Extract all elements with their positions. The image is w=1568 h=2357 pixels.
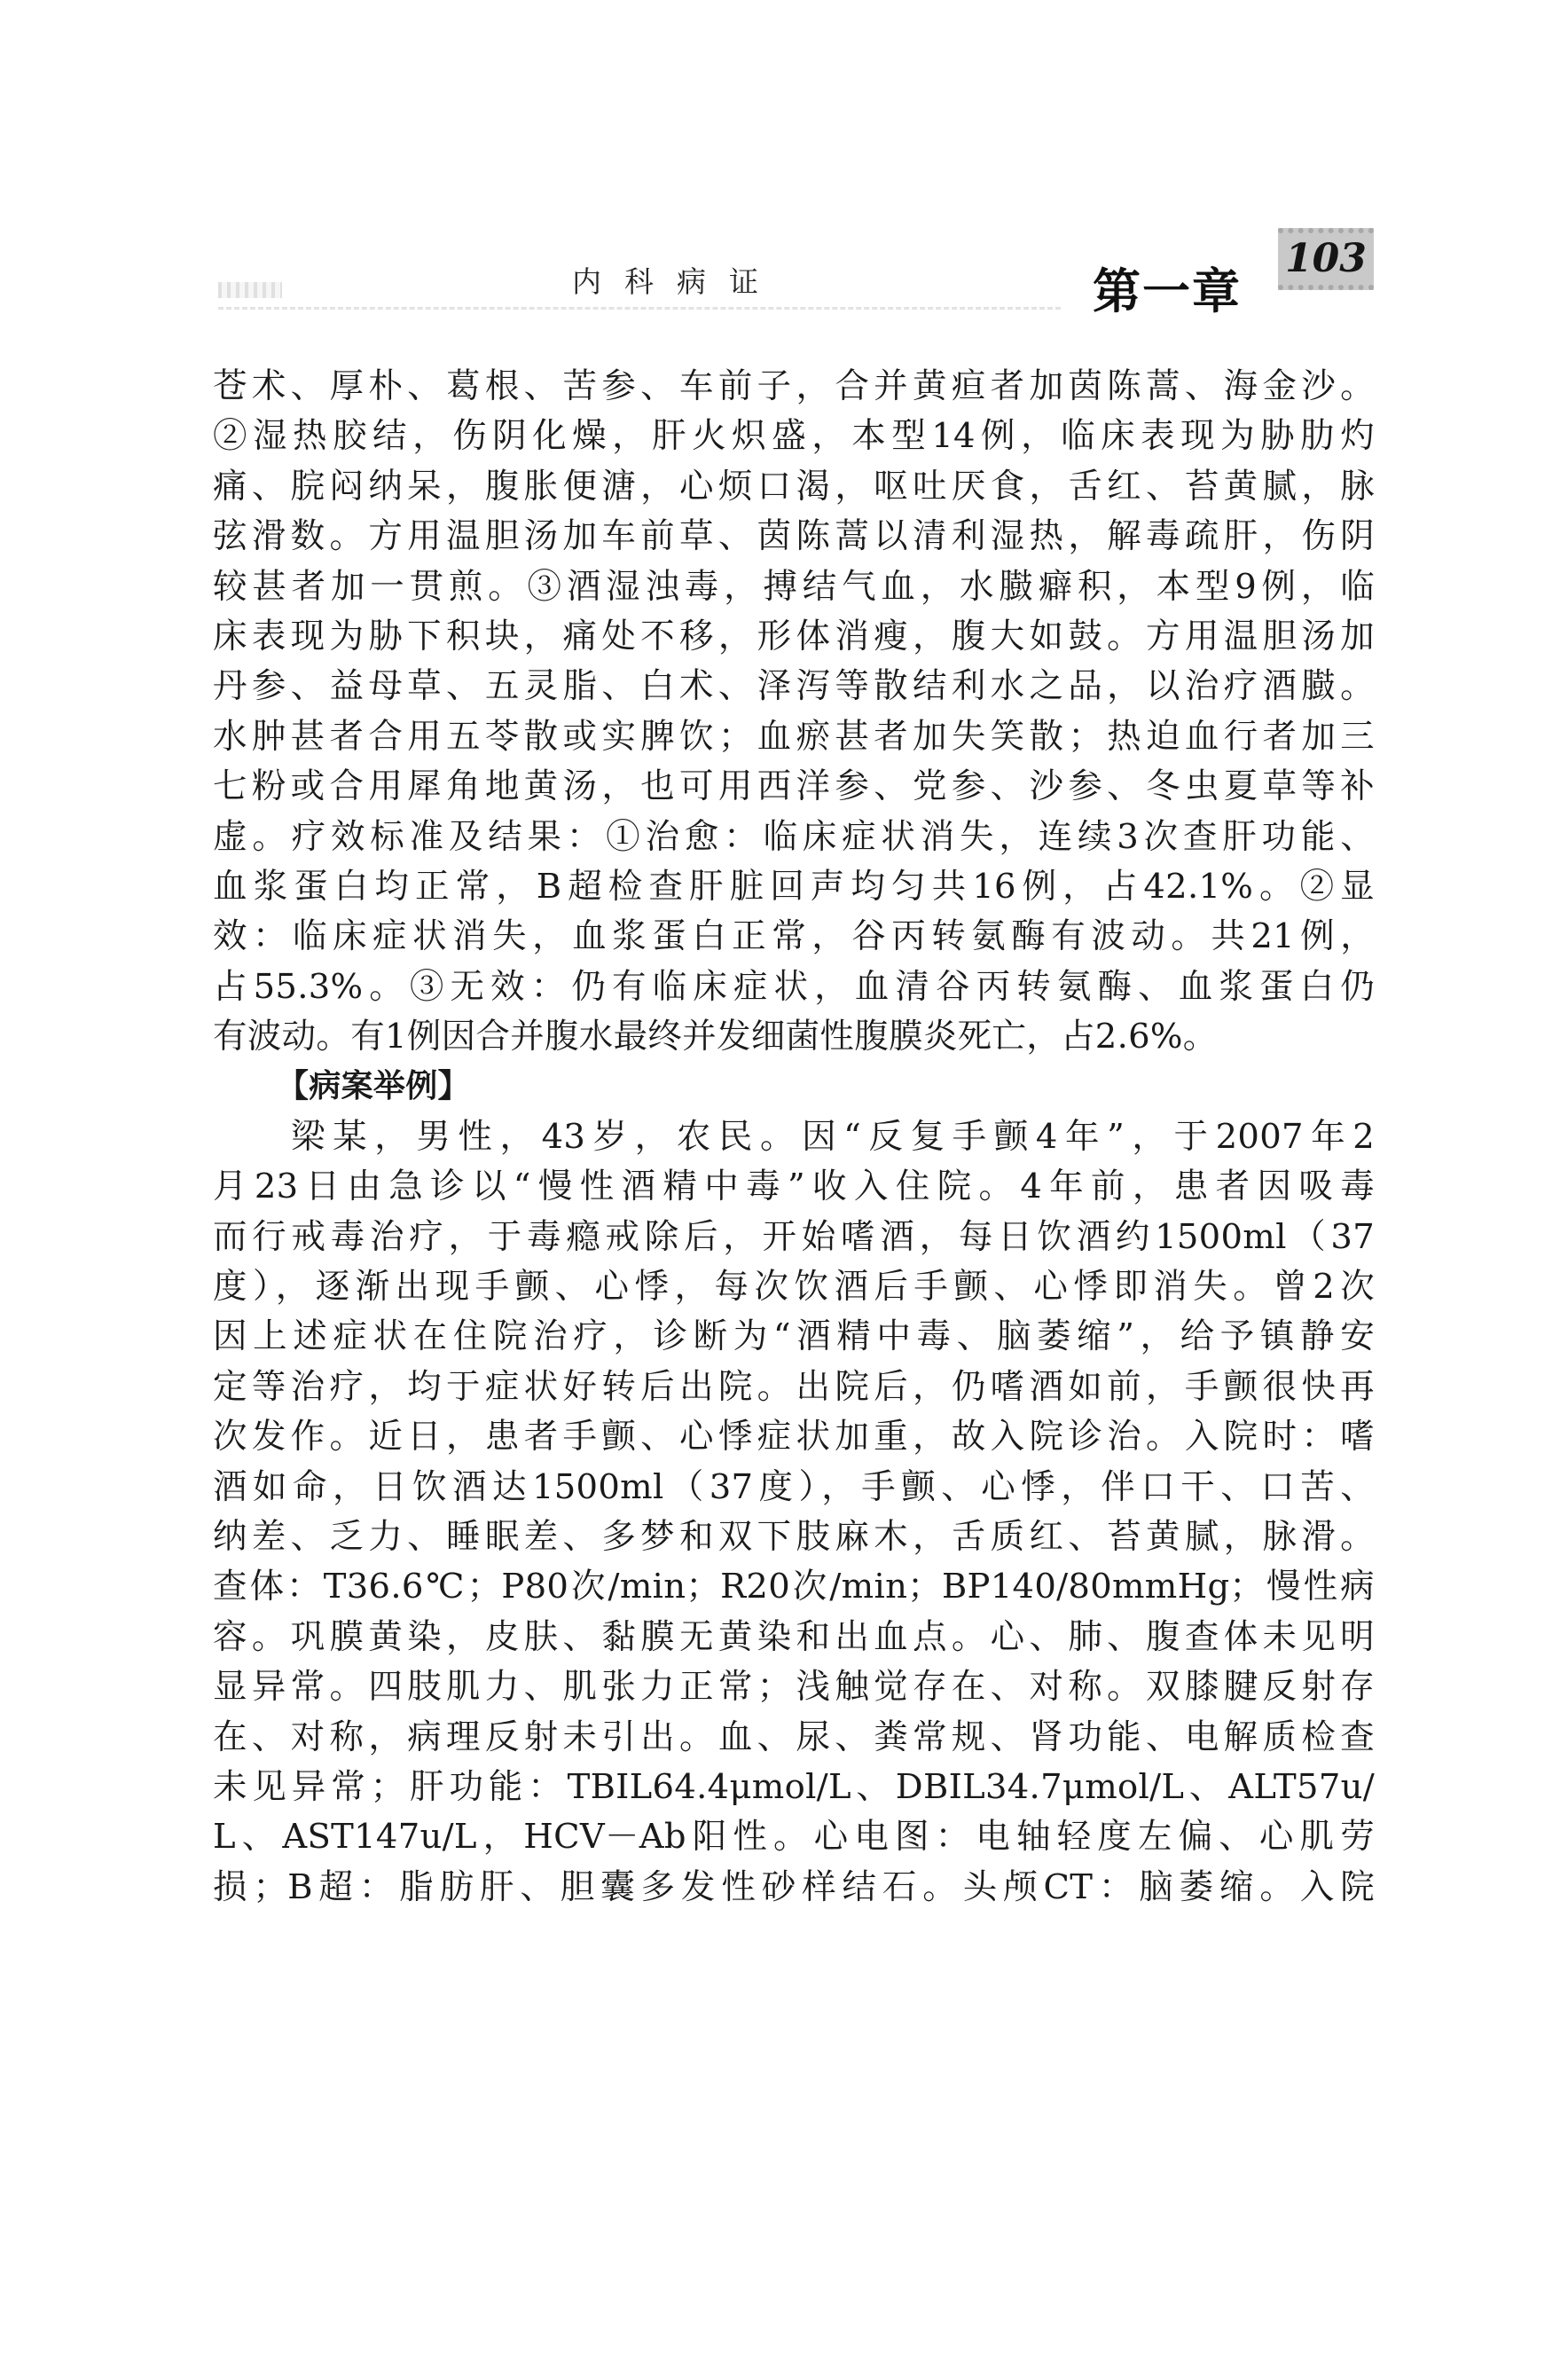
header-rule xyxy=(218,307,1061,310)
text-line: 占55.3%。③无效：仍有临床症状，血清谷丙转氨酶、血浆蛋白仍 xyxy=(213,962,1375,1012)
text-line: 酒如命，日饮酒达1500ml（37度），手颤、心悸，伴口干、口苦、 xyxy=(213,1463,1375,1512)
text-line: 定等治疗，均于症状好转后出院。出院后，仍嗜酒如前，手颤很快再 xyxy=(213,1363,1375,1412)
text-line: 效：临床症状消失，血浆蛋白正常，谷丙转氨酶有波动。共21例， xyxy=(213,912,1375,962)
text-line: 虚。疗效标准及结果：①治愈：临床症状消失，连续3次查肝功能、 xyxy=(213,813,1375,862)
text-line: 月23日由急诊以“慢性酒精中毒”收入住院。4年前，患者因吸毒 xyxy=(213,1162,1375,1212)
text-line: 因上述症状在住院治疗，诊断为“酒精中毒、脑萎缩”，给予镇静安 xyxy=(213,1312,1375,1362)
text-line: 有波动。有1例因合并腹水最终并发细菌性腹膜炎死亡，占2.6%。 xyxy=(213,1012,1375,1062)
text-line: 丹参、益母草、五灵脂、白术、泽泻等散结利水之品，以治疗酒臌。 xyxy=(213,662,1375,711)
text-line: 未见异常；肝功能：TBIL64.4μmol/L、DBIL34.7μmol/L、A… xyxy=(213,1763,1375,1812)
text-line: 次发作。近日，患者手颤、心悸症状加重，故入院诊治。入院时：嗜 xyxy=(213,1412,1375,1462)
section-heading-case-example: 【病案举例】 xyxy=(213,1062,1375,1112)
page-header: 内科病证 第一章 103 xyxy=(0,0,1568,328)
paragraph-case-report: 梁某，男性，43岁，农民。因“反复手颤4年”，于2007年2 月23日由急诊以“… xyxy=(213,1112,1375,1913)
text-line: 查体：T36.6℃；P80次/min；R20次/min；BP140/80mmHg… xyxy=(213,1562,1375,1612)
text-line: ②湿热胶结，伤阴化燥，肝火炽盛，本型14例，临床表现为胁肋灼 xyxy=(213,412,1375,461)
text-line: 度），逐渐出现手颤、心悸，每次饮酒后手颤、心悸即消失。曾2次 xyxy=(213,1262,1375,1312)
running-title: 内科病证 xyxy=(572,259,781,301)
header-decoration xyxy=(218,282,282,298)
text-line: 显异常。四肢肌力、肌张力正常；浅触觉存在、对称。双膝腱反射存 xyxy=(213,1662,1375,1712)
text-line: 梁某，男性，43岁，农民。因“反复手颤4年”，于2007年2 xyxy=(213,1112,1375,1162)
text-line: 床表现为胁下积块，痛处不移，形体消瘦，腹大如鼓。方用温胆汤加 xyxy=(213,612,1375,662)
text-line: 七粉或合用犀角地黄汤，也可用西洋参、党参、沙参、冬虫夏草等补 xyxy=(213,762,1375,812)
text-line: 水肿甚者合用五苓散或实脾饮；血瘀甚者加失笑散；热迫血行者加三 xyxy=(213,712,1375,762)
text-line: 在、对称，病理反射未引出。血、尿、粪常规、肾功能、电解质检查 xyxy=(213,1713,1375,1763)
text-line: L、AST147u/L，HCV－Ab阳性。心电图：电轴轻度左偏、心肌劳 xyxy=(213,1812,1375,1862)
text-line: 弦滑数。方用温胆汤加车前草、茵陈蒿以清利湿热，解毒疏肝，伤阴 xyxy=(213,512,1375,562)
body-text: 苍术、厚朴、葛根、苦参、车前子，合并黄疸者加茵陈蒿、海金沙。 ②湿热胶结，伤阴化… xyxy=(213,362,1375,1913)
text-line: 苍术、厚朴、葛根、苦参、车前子，合并黄疸者加茵陈蒿、海金沙。 xyxy=(213,362,1375,412)
chapter-label: 第一章 xyxy=(1093,254,1242,322)
text-line: 而行戒毒治疗，于毒瘾戒除后，开始嗜酒，每日饮酒约1500ml（37 xyxy=(213,1213,1375,1262)
text-line: 痛、脘闷纳呆，腹胀便溏，心烦口渴，呕吐厌食，舌红、苔黄腻，脉 xyxy=(213,462,1375,512)
text-line: 血浆蛋白均正常，B超检查肝脏回声均匀共16例，占42.1%。②显 xyxy=(213,862,1375,912)
text-line: 纳差、乏力、睡眠差、多梦和双下肢麻木，舌质红、苔黄腻，脉滑。 xyxy=(213,1512,1375,1562)
text-line: 损；B超：脂肪肝、胆囊多发性砂样结石。头颅CT：脑萎缩。入院 xyxy=(213,1863,1375,1913)
page-number: 103 xyxy=(1278,235,1374,283)
paragraph-treatment-results: 苍术、厚朴、葛根、苦参、车前子，合并黄疸者加茵陈蒿、海金沙。 ②湿热胶结，伤阴化… xyxy=(213,362,1375,1062)
text-line: 较甚者加一贯煎。③酒湿浊毒，搏结气血，水臌癖积，本型9例，临 xyxy=(213,562,1375,612)
page-number-badge: 103 xyxy=(1278,228,1374,290)
text-line: 容。巩膜黄染，皮肤、黏膜无黄染和出血点。心、肺、腹查体未见明 xyxy=(213,1613,1375,1662)
